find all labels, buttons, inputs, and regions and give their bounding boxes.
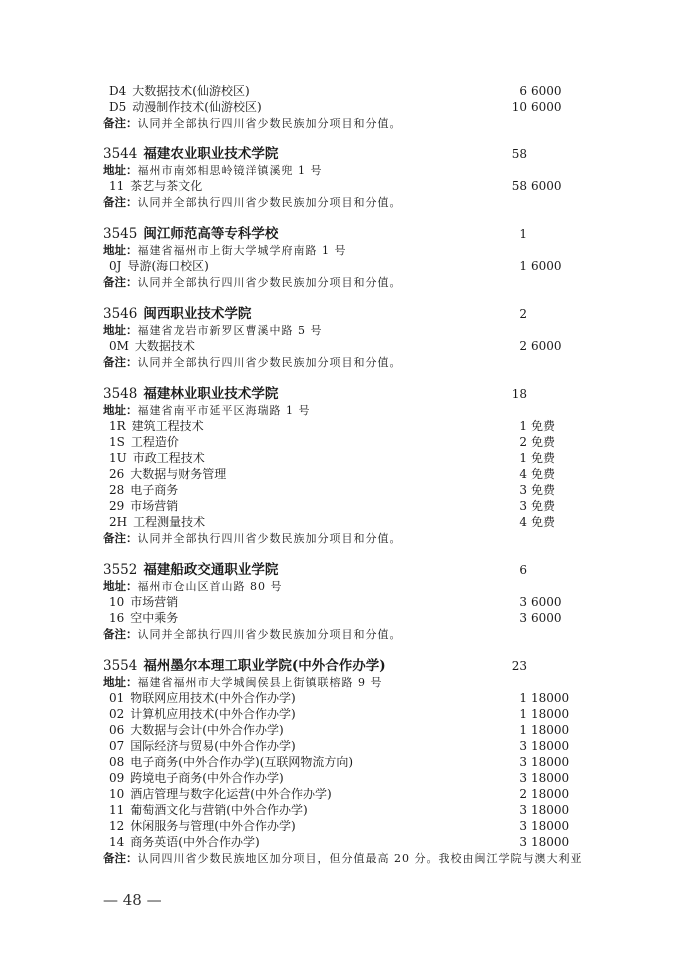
major-fee: 18000 bbox=[531, 706, 569, 722]
major-code: 1R bbox=[109, 418, 126, 434]
major-fee: 18000 bbox=[531, 802, 569, 818]
note-text: 认同并全部执行四川省少数民族加分项目和分值。 bbox=[138, 356, 402, 369]
major-count: 1 bbox=[503, 690, 527, 706]
school-name: 福建林业职业技术学院 bbox=[143, 386, 278, 402]
major-code: D4 bbox=[109, 83, 126, 99]
note-label: 备注： bbox=[103, 116, 138, 130]
note-label: 备注： bbox=[103, 195, 138, 209]
address-label: 地址： bbox=[103, 675, 138, 689]
school-header: 3545闽江师范高等专科学校 1 bbox=[103, 226, 583, 242]
major-name: 跨境电子商务(中外合作办学) bbox=[130, 771, 283, 785]
major-fee: 6000 bbox=[531, 83, 562, 99]
major-name: 工程造价 bbox=[131, 435, 179, 449]
major-code: 06 bbox=[109, 722, 124, 738]
major-code: 16 bbox=[109, 610, 124, 626]
major-name: 大数据与财务管理 bbox=[130, 467, 226, 481]
major-code: 14 bbox=[109, 834, 124, 850]
note-text: 认同并全部执行四川省少数民族加分项目和分值。 bbox=[138, 532, 402, 545]
note-text: 认同并全部执行四川省少数民族加分项目和分值。 bbox=[138, 196, 402, 209]
major-name: 导游(海口校区) bbox=[127, 259, 208, 273]
school-total: 6 bbox=[503, 562, 527, 578]
major-row: 14商务英语(中外合作办学) 3 18000 bbox=[103, 834, 583, 850]
address-row: 地址：福建省龙岩市新罗区曹溪中路 5 号 bbox=[103, 322, 583, 338]
major-count: 3 bbox=[503, 802, 527, 818]
major-count: 3 bbox=[503, 754, 527, 770]
major-name: 建筑工程技术 bbox=[132, 419, 204, 433]
major-fee: 免费 bbox=[531, 514, 555, 530]
major-code: 01 bbox=[109, 690, 124, 706]
note-text: 认同并全部执行四川省少数民族加分项目和分值。 bbox=[138, 117, 402, 130]
major-name: 大数据与会计(中外合作办学) bbox=[130, 723, 283, 737]
school-id: 3554 bbox=[103, 658, 137, 674]
major-row: 08电子商务(中外合作办学)(互联网物流方向) 3 18000 bbox=[103, 754, 583, 770]
school-total: 2 bbox=[503, 306, 527, 322]
school-name: 福州墨尔本理工职业学院(中外合作办学) bbox=[143, 658, 385, 674]
major-count: 1 bbox=[503, 418, 527, 434]
school-header: 3552福建船政交通职业学院 6 bbox=[103, 562, 583, 578]
major-code: 11 bbox=[109, 178, 124, 194]
major-fee: 18000 bbox=[531, 818, 569, 834]
major-name: 酒店管理与数字化运营(中外合作办学) bbox=[130, 787, 331, 801]
address-row: 地址：福州市仓山区首山路 80 号 bbox=[103, 578, 583, 594]
major-row: D5动漫制作技术(仙游校区) 10 6000 bbox=[103, 99, 583, 115]
major-fee: 免费 bbox=[531, 418, 555, 434]
major-row: 1R建筑工程技术 1 免费 bbox=[103, 418, 583, 434]
note-row: 备注：认同并全部执行四川省少数民族加分项目和分值。 bbox=[103, 274, 583, 290]
major-code: 08 bbox=[109, 754, 124, 770]
school-id: 3544 bbox=[103, 146, 137, 162]
major-fee: 6000 bbox=[531, 594, 562, 610]
major-name: 休闲服务与管理(中外合作办学) bbox=[130, 819, 295, 833]
major-row: D4大数据技术(仙游校区) 6 6000 bbox=[103, 83, 583, 99]
address-row: 地址：福建省南平市延平区海瑞路 1 号 bbox=[103, 402, 583, 418]
major-name: 大数据技术 bbox=[135, 339, 195, 353]
major-row: 10酒店管理与数字化运营(中外合作办学) 2 18000 bbox=[103, 786, 583, 802]
major-code: 12 bbox=[109, 818, 124, 834]
note-row: 备注：认同四川省少数民族地区加分项目，但分值最高 20 分。我校由闽江学院与澳大… bbox=[103, 850, 583, 866]
school-total: 1 bbox=[503, 226, 527, 242]
major-code: 11 bbox=[109, 802, 124, 818]
major-row: 06大数据与会计(中外合作办学) 1 18000 bbox=[103, 722, 583, 738]
major-fee: 免费 bbox=[531, 450, 555, 466]
major-count: 1 bbox=[503, 258, 527, 274]
major-fee: 免费 bbox=[531, 466, 555, 482]
major-row: 1U市政工程技术 1 免费 bbox=[103, 450, 583, 466]
major-row: 2H工程测量技术 4 免费 bbox=[103, 514, 583, 530]
address-row: 地址：福建省福州市上街大学城学府南路 1 号 bbox=[103, 242, 583, 258]
major-fee: 6000 bbox=[531, 338, 562, 354]
major-count: 1 bbox=[503, 450, 527, 466]
note-row: 备注：认同并全部执行四川省少数民族加分项目和分值。 bbox=[103, 194, 583, 210]
major-count: 2 bbox=[503, 434, 527, 450]
document-page: D4大数据技术(仙游校区) 6 6000 D5动漫制作技术(仙游校区) 10 6… bbox=[0, 0, 680, 961]
major-code: 10 bbox=[109, 594, 124, 610]
address-label: 地址： bbox=[103, 403, 138, 417]
note-row: 备注：认同并全部执行四川省少数民族加分项目和分值。 bbox=[103, 626, 583, 642]
major-code: 10 bbox=[109, 786, 124, 802]
major-code: 1S bbox=[109, 434, 125, 450]
major-fee: 18000 bbox=[531, 786, 569, 802]
address-label: 地址： bbox=[103, 323, 138, 337]
major-fee: 18000 bbox=[531, 770, 569, 786]
major-count: 3 bbox=[503, 834, 527, 850]
note-row: 备注：认同并全部执行四川省少数民族加分项目和分值。 bbox=[103, 354, 583, 370]
note-text: 认同四川省少数民族地区加分项目，但分值最高 20 分。我校由闽江学院与澳大利亚 bbox=[138, 852, 583, 865]
major-code: 0J bbox=[109, 258, 121, 274]
note-label: 备注： bbox=[103, 355, 138, 369]
major-fee: 18000 bbox=[531, 738, 569, 754]
major-code: 07 bbox=[109, 738, 124, 754]
school-id: 3552 bbox=[103, 562, 137, 578]
note-text: 认同并全部执行四川省少数民族加分项目和分值。 bbox=[138, 628, 402, 641]
major-name: 电子商务 bbox=[130, 483, 178, 497]
major-row: 29市场营销 3 免费 bbox=[103, 498, 583, 514]
major-fee: 18000 bbox=[531, 754, 569, 770]
major-code: 2H bbox=[109, 514, 127, 530]
major-name: 市场营销 bbox=[130, 499, 178, 513]
major-name: 动漫制作技术(仙游校区) bbox=[132, 100, 261, 114]
major-count: 2 bbox=[503, 786, 527, 802]
address-text: 福州市仓山区首山路 80 号 bbox=[138, 580, 283, 593]
major-count: 3 bbox=[503, 498, 527, 514]
major-count: 4 bbox=[503, 514, 527, 530]
major-row: 09跨境电子商务(中外合作办学) 3 18000 bbox=[103, 770, 583, 786]
school-id: 3546 bbox=[103, 306, 137, 322]
note-label: 备注： bbox=[103, 627, 138, 641]
major-code: D5 bbox=[109, 99, 126, 115]
major-count: 10 bbox=[503, 99, 527, 115]
school-id: 3545 bbox=[103, 226, 137, 242]
major-row: 10市场营销 3 6000 bbox=[103, 594, 583, 610]
major-count: 3 bbox=[503, 482, 527, 498]
address-text: 福建省福州市大学城闽侯县上街镇联榕路 9 号 bbox=[138, 676, 383, 689]
major-count: 3 bbox=[503, 770, 527, 786]
major-name: 电子商务(中外合作办学)(互联网物流方向) bbox=[130, 755, 353, 769]
major-count: 3 bbox=[503, 818, 527, 834]
address-label: 地址： bbox=[103, 163, 138, 177]
major-row: 0M大数据技术 2 6000 bbox=[103, 338, 583, 354]
major-fee: 18000 bbox=[531, 690, 569, 706]
note-text: 认同并全部执行四川省少数民族加分项目和分值。 bbox=[138, 276, 402, 289]
major-row: 1S工程造价 2 免费 bbox=[103, 434, 583, 450]
address-row: 地址：福建省福州市大学城闽侯县上街镇联榕路 9 号 bbox=[103, 674, 583, 690]
school-header: 3546闽西职业技术学院 2 bbox=[103, 306, 583, 322]
major-name: 市政工程技术 bbox=[133, 451, 205, 465]
major-row: 02计算机应用技术(中外合作办学) 1 18000 bbox=[103, 706, 583, 722]
note-label: 备注： bbox=[103, 531, 138, 545]
major-code: 26 bbox=[109, 466, 124, 482]
major-fee: 6000 bbox=[531, 178, 562, 194]
major-name: 空中乘务 bbox=[130, 611, 178, 625]
major-fee: 免费 bbox=[531, 434, 555, 450]
school-header: 3544福建农业职业技术学院 58 bbox=[103, 146, 583, 162]
major-name: 市场营销 bbox=[130, 595, 178, 609]
major-count: 1 bbox=[503, 722, 527, 738]
note-row: 备注：认同并全部执行四川省少数民族加分项目和分值。 bbox=[103, 530, 583, 546]
major-name: 物联网应用技术(中外合作办学) bbox=[130, 691, 295, 705]
major-fee: 18000 bbox=[531, 834, 569, 850]
major-count: 58 bbox=[503, 178, 527, 194]
major-row: 11葡萄酒文化与营销(中外合作办学) 3 18000 bbox=[103, 802, 583, 818]
major-code: 0M bbox=[109, 338, 129, 354]
school-total: 58 bbox=[503, 146, 527, 162]
major-code: 28 bbox=[109, 482, 124, 498]
major-code: 29 bbox=[109, 498, 124, 514]
school-name: 闽西职业技术学院 bbox=[143, 306, 251, 322]
major-count: 1 bbox=[503, 706, 527, 722]
major-count: 3 bbox=[503, 594, 527, 610]
note-row: 备注：认同并全部执行四川省少数民族加分项目和分值。 bbox=[103, 115, 583, 131]
major-code: 09 bbox=[109, 770, 124, 786]
major-code: 1U bbox=[109, 450, 127, 466]
address-row: 地址：福州市南郊相思岭镜洋镇溪兜 1 号 bbox=[103, 162, 583, 178]
page-number: — 48 — bbox=[103, 890, 162, 910]
major-count: 6 bbox=[503, 83, 527, 99]
major-row: 07国际经济与贸易(中外合作办学) 3 18000 bbox=[103, 738, 583, 754]
address-label: 地址： bbox=[103, 243, 138, 257]
school-total: 23 bbox=[503, 658, 527, 674]
school-name: 福建船政交通职业学院 bbox=[143, 562, 278, 578]
major-name: 葡萄酒文化与营销(中外合作办学) bbox=[130, 803, 307, 817]
major-row: 0J导游(海口校区) 1 6000 bbox=[103, 258, 583, 274]
major-row: 12休闲服务与管理(中外合作办学) 3 18000 bbox=[103, 818, 583, 834]
major-name: 大数据技术(仙游校区) bbox=[132, 84, 249, 98]
note-label: 备注： bbox=[103, 851, 138, 865]
major-name: 国际经济与贸易(中外合作办学) bbox=[130, 739, 295, 753]
major-fee: 6000 bbox=[531, 99, 562, 115]
major-fee: 免费 bbox=[531, 482, 555, 498]
major-fee: 6000 bbox=[531, 258, 562, 274]
school-id: 3548 bbox=[103, 386, 137, 402]
major-code: 02 bbox=[109, 706, 124, 722]
address-text: 福建省龙岩市新罗区曹溪中路 5 号 bbox=[138, 324, 323, 337]
major-row: 28电子商务 3 免费 bbox=[103, 482, 583, 498]
school-name: 福建农业职业技术学院 bbox=[143, 146, 278, 162]
major-name: 茶艺与茶文化 bbox=[130, 179, 202, 193]
school-header: 3554福州墨尔本理工职业学院(中外合作办学) 23 bbox=[103, 658, 583, 674]
address-text: 福建省福州市上街大学城学府南路 1 号 bbox=[138, 244, 347, 257]
major-count: 3 bbox=[503, 610, 527, 626]
major-fee: 免费 bbox=[531, 498, 555, 514]
school-total: 18 bbox=[503, 386, 527, 402]
address-label: 地址： bbox=[103, 579, 138, 593]
school-name: 闽江师范高等专科学校 bbox=[143, 226, 278, 242]
note-label: 备注： bbox=[103, 275, 138, 289]
major-row: 26大数据与财务管理 4 免费 bbox=[103, 466, 583, 482]
major-count: 4 bbox=[503, 466, 527, 482]
major-fee: 6000 bbox=[531, 610, 562, 626]
major-name: 工程测量技术 bbox=[133, 515, 205, 529]
school-header: 3548福建林业职业技术学院 18 bbox=[103, 386, 583, 402]
address-text: 福建省南平市延平区海瑞路 1 号 bbox=[138, 404, 311, 417]
major-row: 16空中乘务 3 6000 bbox=[103, 610, 583, 626]
major-row: 01物联网应用技术(中外合作办学) 1 18000 bbox=[103, 690, 583, 706]
major-count: 2 bbox=[503, 338, 527, 354]
major-name: 计算机应用技术(中外合作办学) bbox=[130, 707, 295, 721]
address-text: 福州市南郊相思岭镜洋镇溪兜 1 号 bbox=[138, 164, 323, 177]
major-count: 3 bbox=[503, 738, 527, 754]
major-fee: 18000 bbox=[531, 722, 569, 738]
major-row: 11茶艺与茶文化 58 6000 bbox=[103, 178, 583, 194]
major-name: 商务英语(中外合作办学) bbox=[130, 835, 259, 849]
